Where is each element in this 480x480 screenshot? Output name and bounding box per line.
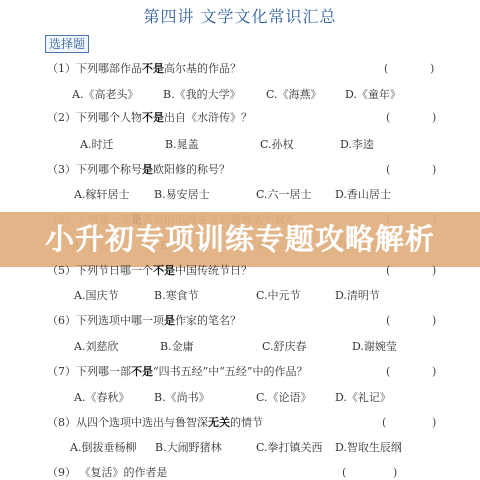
- option-b: B.晁盖: [165, 138, 199, 152]
- question-number: （2）: [47, 111, 76, 124]
- question-7: （7）下列哪一部不是“四书五经”中“五经”中的作品？: [47, 365, 308, 379]
- banner-title: 小升初专项训练专题攻略解析: [0, 212, 480, 267]
- answer-paren-close: ): [393, 466, 397, 480]
- answer-paren-open: (: [386, 264, 390, 278]
- emphasis: 是: [164, 314, 175, 327]
- option-d: D.李逵: [340, 138, 374, 152]
- question-2: （2）下列哪个人物不是出自《水浒传》？: [47, 111, 252, 125]
- answer-paren-close: ): [432, 416, 436, 430]
- question-number: （8）: [47, 416, 76, 429]
- option-b: B.大闹野猪林: [155, 441, 222, 455]
- emphasis: 是: [142, 163, 153, 176]
- option-b: B.《尚书》: [154, 391, 210, 405]
- option-c: C.《论语》: [256, 391, 312, 405]
- option-c: C.《海燕》: [266, 88, 322, 102]
- option-c: C.中元节: [256, 289, 301, 303]
- option-d: D.香山居士: [335, 188, 391, 202]
- question-8: （8）从四个选项中选出与鲁智深无关的情节: [47, 416, 263, 430]
- option-a: A.刘慈欣: [74, 340, 118, 354]
- option-b: B.寒食节: [154, 289, 199, 303]
- question-number: （5）: [47, 264, 76, 277]
- option-a: A.国庆节: [74, 289, 118, 303]
- emphasis: 不是: [131, 365, 153, 378]
- option-c: C.孙权: [260, 138, 294, 152]
- question-number: （1）: [47, 62, 76, 75]
- option-a: A.时迁: [80, 138, 113, 152]
- answer-paren-close: ): [432, 111, 436, 125]
- question-number: （6）: [47, 314, 76, 327]
- answer-paren-open: (: [386, 111, 390, 125]
- option-c: C.舒庆春: [262, 340, 307, 354]
- emphasis: 不是: [142, 62, 164, 75]
- option-d: D.谢婉莹: [352, 340, 397, 354]
- option-c: C.拳打镇关西: [256, 441, 323, 455]
- option-a: A.《春秋》: [74, 391, 129, 405]
- question-number: （7）: [47, 365, 76, 378]
- option-d: D.《礼记》: [335, 391, 391, 405]
- question-number: （9）: [47, 466, 76, 479]
- answer-paren-close: ): [432, 314, 436, 328]
- section-label: 选择题: [45, 35, 89, 53]
- answer-paren-close: ): [430, 62, 434, 76]
- answer-paren-close: ): [432, 264, 436, 278]
- answer-paren-open: (: [386, 365, 390, 379]
- option-d: D.清明节: [335, 289, 380, 303]
- answer-paren-open: (: [382, 416, 386, 430]
- answer-paren-open: (: [386, 163, 390, 177]
- question-6: （6）下列选项中哪一项是作家的笔名？: [47, 314, 241, 328]
- option-a: A.《高老头》: [72, 88, 138, 102]
- answer-paren-close: ): [432, 163, 436, 177]
- question-3: （3）下列哪个称号是欧阳修的称号？: [47, 163, 230, 177]
- option-d: D.《童年》: [345, 88, 401, 102]
- document-title: 第四讲 文学文化常识汇总: [0, 4, 480, 27]
- option-b: B.易安居士: [154, 188, 210, 202]
- emphasis: 不是: [142, 111, 164, 124]
- option-b: B.金庸: [160, 340, 194, 354]
- question-5: （5）下列节日哪一个不是中国传统节日？: [47, 264, 252, 278]
- question-9: （9） 《复活》的作者是: [47, 466, 168, 480]
- answer-paren-open: (: [342, 466, 346, 480]
- question-number: （3）: [47, 163, 76, 176]
- answer-paren-open: (: [384, 62, 388, 76]
- option-a: A.稼轩居士: [74, 188, 129, 202]
- option-c: C.六一居士: [256, 188, 312, 202]
- option-b: B.《我的大学》: [163, 88, 241, 102]
- question-1: （1）下列哪部作品不是高尔基的作品？: [47, 62, 241, 76]
- option-d: D.智取生辰纲: [335, 441, 402, 455]
- answer-paren-open: (: [386, 314, 390, 328]
- option-a: A.倒拔垂杨柳: [70, 441, 136, 455]
- answer-paren-close: ): [432, 365, 436, 379]
- emphasis: 不是: [153, 264, 175, 277]
- emphasis: 无关: [208, 416, 230, 429]
